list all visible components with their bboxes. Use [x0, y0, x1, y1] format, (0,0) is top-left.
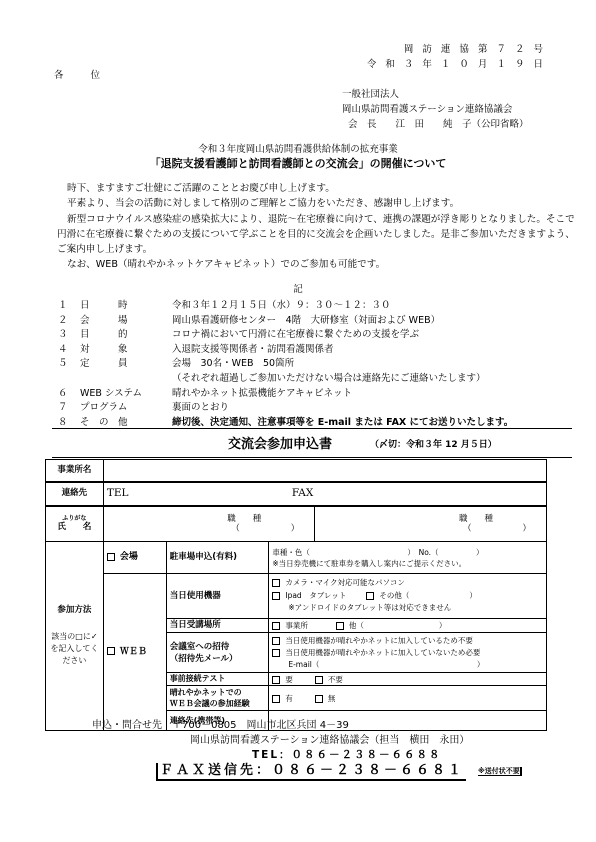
- paragraph: 時下、ますますご壮健にご活躍のこととお慶び申し上げます。: [57, 181, 577, 196]
- device-label: 当日使用機器: [166, 574, 269, 619]
- checkbox-icon[interactable]: [336, 622, 344, 630]
- notes-item: １日 時令和３年１２月１５日（水）９：３０～１２：３０: [58, 299, 513, 314]
- item-value: 入退院支援等関係者・訪問看護関係者: [172, 343, 334, 358]
- item-number: ７: [58, 401, 80, 416]
- item-value: （それぞれ超過しご参加いただけない場合は連絡先にご連絡いたします）: [172, 372, 486, 387]
- checkbox-icon[interactable]: [272, 579, 280, 587]
- place-opt-office: 事業所: [285, 621, 308, 630]
- experience-label-1: 晴れやかネットでの: [170, 687, 266, 698]
- notes-heading: 記: [0, 284, 596, 295]
- checkbox-icon[interactable]: [107, 553, 115, 561]
- notes-item: ７プログラム裏面のとおり: [58, 401, 513, 416]
- sender-block: 一般社団法人 岡山県訪問看護ステーション連絡協議会 会 長 江 田 純 子（公印…: [342, 87, 529, 132]
- item-key: 会 場: [80, 314, 172, 329]
- checkbox-icon[interactable]: [272, 676, 280, 684]
- page-title: 「退院支援看護師と訪問看護師との交流会」の開催について: [0, 157, 596, 170]
- device-opt-other[interactable]: その他（ ）: [379, 591, 477, 600]
- item-value: 令和３年１２月１５日（水）９：３０～１２：３０: [172, 299, 391, 314]
- subtitle: 令和３年度岡山県訪問看護供給体制の拡充事業: [0, 144, 596, 155]
- notes-item: ２会 場岡山県看護研修センター 4階 大研修室（対面および WEB）: [58, 314, 513, 329]
- device-note: ※アンドロイドのタブレット等は対応できません: [272, 602, 543, 615]
- name-label: ふりがな 氏 名: [46, 506, 104, 542]
- sender-org-type: 一般社団法人: [342, 87, 529, 102]
- place-label: 当日受講場所: [166, 619, 269, 633]
- fax-note: ※送付状不要: [478, 767, 522, 776]
- notes-item: （それぞれ超過しご参加いただけない場合は連絡先にご連絡いたします）: [58, 372, 513, 387]
- job-label: 職 種: [107, 514, 311, 524]
- invite-opt-needed: 当日使用機器が晴れやかネットに加入していないため必要: [285, 648, 480, 657]
- parking-car-field[interactable]: 車種・色（ ） No.（ ）: [272, 547, 543, 558]
- item-number: ５: [58, 357, 80, 372]
- method-label: 参加方法: [49, 605, 100, 615]
- device-options: カメラ・マイク対応可能なパソコン Ipad タブレットその他（ ） ※アンドロイ…: [269, 574, 547, 619]
- participant-2-field[interactable]: 職 種 （ ）: [315, 506, 547, 542]
- form-deadline: （〆切：令和３年 12 月５日）: [370, 440, 497, 451]
- item-number: [58, 372, 80, 387]
- item-key: プログラム: [80, 401, 172, 416]
- notes-item: ５定 員会場 30名・WEB 50箇所: [58, 357, 513, 372]
- office-label: 事業所名: [46, 460, 104, 482]
- item-key: 日 時: [80, 299, 172, 314]
- contact-field[interactable]: TEL FAX: [103, 482, 546, 506]
- form-title: 交流会参加申込書: [228, 437, 332, 453]
- method-label-cell: 参加方法 該当の□に✓を記入してください: [46, 542, 104, 731]
- checkbox-icon[interactable]: [272, 649, 280, 657]
- item-value: 会場 30名・WEB 50箇所: [172, 357, 294, 372]
- sender-org: 岡山県訪問看護ステーション連絡協議会: [342, 102, 529, 117]
- item-number: ４: [58, 343, 80, 358]
- item-value: 岡山県看護研修センター 4階 大研修室（対面および WEB）: [172, 314, 440, 329]
- venue-option-label: 会場: [120, 552, 138, 562]
- contact-label: 連絡先: [46, 482, 104, 506]
- invite-opt-not-needed: 当日使用機器が晴れやかネットに加入しているため不要: [285, 636, 473, 645]
- item-number: １: [58, 299, 80, 314]
- application-form: 事業所名 連絡先 TEL FAX ふりがな 氏 名 職 種 （ ） 職 種 （ …: [45, 459, 547, 731]
- office-field[interactable]: [103, 460, 546, 482]
- invite-label-2: （招待先メール）: [170, 653, 266, 665]
- experience-label: 晴れやかネットでの ＷＥＢ会議の参加経験: [166, 686, 269, 711]
- body-text: 時下、ますますご壮健にご活躍のこととお慶び申し上げます。 平素より、当会の活動に…: [57, 181, 577, 273]
- place-options: 事業所他（ ）: [269, 619, 547, 633]
- job-field[interactable]: （ ）: [318, 524, 543, 534]
- item-value: 裏面のとおり: [172, 401, 229, 416]
- experience-opt-no: 無: [328, 694, 336, 703]
- divider: [52, 428, 572, 429]
- job-field[interactable]: （ ）: [107, 524, 311, 534]
- paragraph: なお、WEB（晴れやかネットケアキャビネット）でのご参加も可能です。: [57, 257, 577, 272]
- fax-label: FAX: [292, 487, 313, 499]
- venue-option[interactable]: 会場: [103, 542, 166, 574]
- test-label: 事前接続テスト: [166, 673, 269, 686]
- item-value: コロナ禍において円滑に在宅療養に繋ぐための支援を学ぶ: [172, 328, 419, 343]
- checkbox-icon[interactable]: [315, 676, 323, 684]
- experience-opt-yes: 有: [285, 694, 293, 703]
- item-number: ２: [58, 314, 80, 329]
- paragraph: 平素より、当会の活動に対しまして格別のご理解とご協力をいただき、感謝申し上げます…: [57, 196, 577, 211]
- notes-item: ６WEB システム晴れやかネット拡張機能ケアキャビネット: [58, 387, 513, 402]
- inquiry-org: 岡山県訪問看護ステーション連絡協議会（担当 横田 永田）: [190, 735, 469, 747]
- notes-item: ３目 的コロナ禍において円滑に在宅療養に繋ぐための支援を学ぶ: [58, 328, 513, 343]
- place-opt-other[interactable]: 他（ ）: [349, 621, 447, 630]
- checkbox-icon[interactable]: [315, 695, 323, 703]
- parking-field[interactable]: 車種・色（ ） No.（ ） ※当日券売機にて駐車券を購入し案内にご提示ください…: [269, 542, 547, 574]
- sender-rep: 会 長 江 田 純 子（公印省略）: [342, 117, 529, 132]
- tel-label: TEL: [107, 487, 129, 499]
- item-value: 晴れやかネット拡張機能ケアキャビネット: [172, 387, 352, 402]
- fax-number: ＦＡＸ送信先：０８６－２３８－６６８１: [156, 763, 466, 781]
- invite-options: 当日使用機器が晴れやかネットに加入しているため不要 当日使用機器が晴れやかネット…: [269, 633, 547, 673]
- parking-note: ※当日券売機にて駐車券を購入し案内にご提示ください。: [272, 558, 543, 569]
- item-key: [80, 372, 172, 387]
- checkbox-icon[interactable]: [272, 637, 280, 645]
- test-opt-no: 不要: [328, 675, 343, 684]
- checkbox-icon[interactable]: [107, 647, 115, 655]
- item-key: WEB システム: [80, 387, 172, 402]
- item-key: 定 員: [80, 357, 172, 372]
- inquiry-address: 申込・問合せ先 〒700－0805 岡山市北区兵団 4－39: [92, 720, 349, 732]
- checkbox-icon[interactable]: [366, 592, 374, 600]
- experience-label-2: ＷＥＢ会議の参加経験: [170, 698, 266, 709]
- addressee: 各 位: [54, 70, 112, 81]
- method-hint: 該当の□に✓を記入してください: [49, 631, 100, 667]
- item-number: ６: [58, 387, 80, 402]
- checkbox-icon[interactable]: [272, 622, 280, 630]
- invite-label-1: 会議室への招待: [170, 641, 266, 653]
- checkbox-icon[interactable]: [272, 592, 280, 600]
- invite-email-field[interactable]: E-mail（ ）: [272, 659, 543, 671]
- inquiry-tel: TEL：０８６－２３８－６６８８: [252, 749, 442, 762]
- web-option-label: ＷＥＢ: [120, 647, 147, 657]
- item-number: ３: [58, 328, 80, 343]
- test-opt-yes: 要: [285, 675, 293, 684]
- experience-options: 有無: [269, 686, 547, 711]
- doc-number: 岡 訪 連 協 第 ７ ２ 号: [367, 42, 546, 57]
- item-key: 目 的: [80, 328, 172, 343]
- item-key: 対 象: [80, 343, 172, 358]
- notes-list: １日 時令和３年１２月１５日（水）９：３０～１２：３０ ２会 場岡山県看護研修セ…: [58, 299, 513, 430]
- checkbox-icon[interactable]: [272, 695, 280, 703]
- participant-1-field[interactable]: 職 種 （ ）: [103, 506, 314, 542]
- doc-reference: 岡 訪 連 協 第 ７ ２ 号 令 和 ３ 年 １ ０ 月 １ ９ 日: [367, 42, 546, 72]
- job-label: 職 種: [318, 514, 543, 524]
- web-option[interactable]: ＷＥＢ: [103, 574, 166, 731]
- device-opt-pc: カメラ・マイク対応可能なパソコン: [285, 578, 405, 587]
- name-label-text: 氏 名: [49, 522, 100, 532]
- device-opt-ipad: Ipad タブレット: [285, 591, 346, 600]
- doc-date: 令 和 ３ 年 １ ０ 月 １ ９ 日: [367, 57, 546, 72]
- parking-label: 駐車場申込(有料): [166, 542, 269, 574]
- paragraph: 新型コロナウイルス感染症の感染拡大により、退院～在宅療養に向けて、連携の課題が浮…: [57, 212, 577, 258]
- divider: [52, 457, 572, 458]
- test-options: 要不要: [269, 673, 547, 686]
- invite-label: 会議室への招待 （招待先メール）: [166, 633, 269, 673]
- notes-item: ４対 象入退院支援等関係者・訪問看護関係者: [58, 343, 513, 358]
